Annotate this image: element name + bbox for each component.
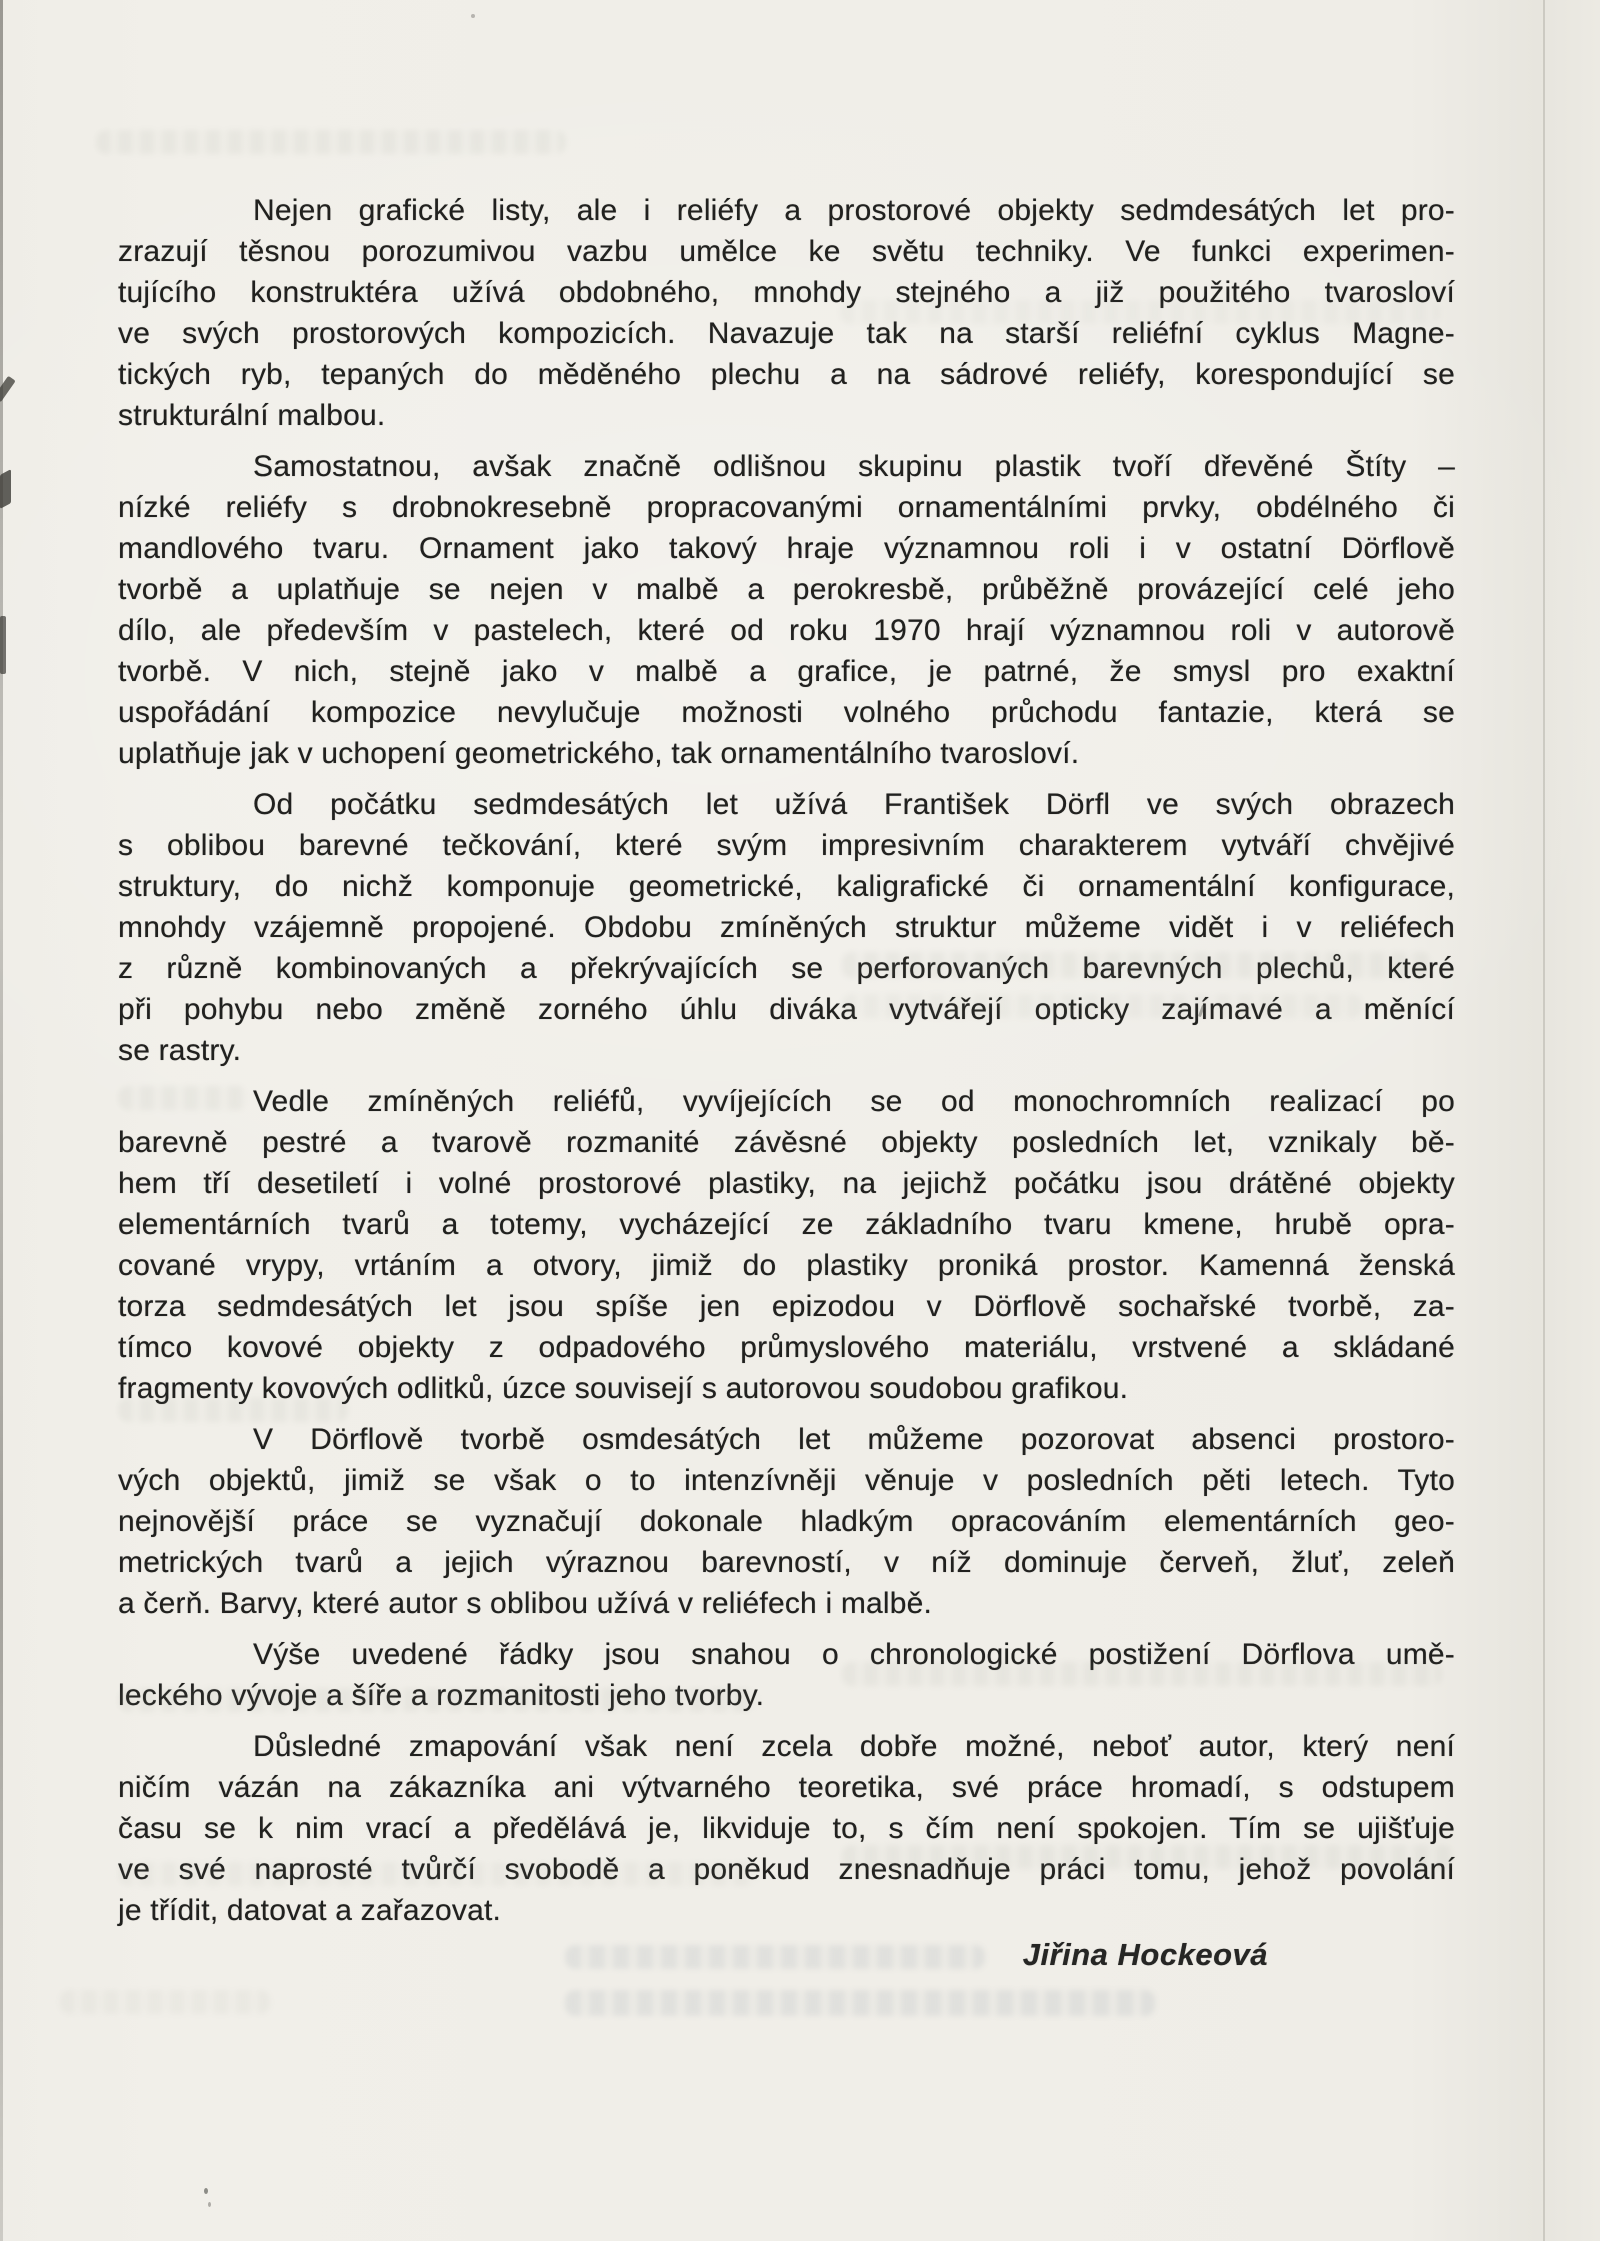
bleed-through-smudge [118, 1688, 758, 1712]
bleed-through-smudge [118, 1086, 248, 1110]
text-line: Nejen grafické listy, ale i reliéfy a pr… [118, 190, 1455, 231]
text-line: je třídit, datovat a zařazovat. [118, 1890, 1455, 1931]
page-right-edge-line [1543, 0, 1545, 2241]
text-line: tvorbě. V nich, stejně jako v malbě a gr… [118, 651, 1455, 692]
text-line: ničím vázán na zákazníka ani výtvarného … [118, 1767, 1455, 1808]
page-left-edge-shadow [0, 0, 3, 2241]
bleed-through-smudge [842, 994, 1362, 1018]
scan-edge-notch [0, 469, 11, 509]
scan-edge-notch [0, 616, 6, 674]
paragraph: Od počátku sedmdesátých let užívá Franti… [118, 784, 1455, 1071]
text-line: mandlového tvaru. Ornament jako takový h… [118, 528, 1455, 569]
bleed-through-smudge [60, 1990, 270, 2014]
bleed-through-smudge [96, 130, 566, 154]
text-line: mnohdy vzájemně propojené. Obdobu zmíněn… [118, 907, 1455, 948]
text-line: uplatňuje jak v uchopení geometrického, … [118, 733, 1455, 774]
text-line: Od počátku sedmdesátých let užívá Franti… [118, 784, 1455, 825]
paragraph: Vedle zmíněných reliéfů, vyvíjejících se… [118, 1081, 1455, 1409]
bleed-through-smudge [840, 300, 1440, 324]
text-line: metrických tvarů a jejich výraznou barev… [118, 1542, 1455, 1583]
text-line: vých objektů, jimiž se však o to intenzí… [118, 1460, 1455, 1501]
text-line: s oblibou barevné tečkování, které svým … [118, 825, 1455, 866]
text-line: Vedle zmíněných reliéfů, vyvíjejících se… [118, 1081, 1455, 1122]
text-line: nejnovější práce se vyznačují dokonale h… [118, 1501, 1455, 1542]
paragraph: Samostatnou, avšak značně odlišnou skupi… [118, 446, 1455, 774]
bleed-through-smudge [842, 1662, 1442, 1686]
text-line: času se k nim vrací a předělává je, likv… [118, 1808, 1455, 1849]
bleed-through-smudge [118, 1398, 348, 1422]
text-line: dílo, ale především v pastelech, které o… [118, 610, 1455, 651]
text-line: nízké reliéfy s drobnokresebně propracov… [118, 487, 1455, 528]
bleed-through-smudge [842, 952, 1432, 978]
scan-speck [204, 2188, 208, 2194]
text-line: barevně pestré a tvarově rozmanité závěs… [118, 1122, 1455, 1163]
text-line: uspořádání kompozice nevylučuje možnosti… [118, 692, 1455, 733]
text-line: zrazují těsnou porozumivou vazbu umělce … [118, 231, 1455, 272]
scanned-page: Nejen grafické listy, ale i reliéfy a pr… [0, 0, 1600, 2241]
text-line: tických ryb, tepaných do měděného plechu… [118, 354, 1455, 395]
bleed-through-smudge [118, 1862, 758, 1886]
bleed-through-smudge [842, 1845, 1454, 1869]
text-line: V Dörflově tvorbě osmdesátých let můžeme… [118, 1419, 1455, 1460]
text-line: strukturální malbou. [118, 395, 1455, 436]
text-line: se rastry. [118, 1030, 1455, 1071]
text-line: torza sedmdesátých let jsou spíše jen ep… [118, 1286, 1455, 1327]
text-line: Důsledné zmapování však není zcela dobře… [118, 1726, 1455, 1767]
text-line: elementárních tvarů a totemy, vycházejíc… [118, 1204, 1455, 1245]
scan-speck [208, 2202, 211, 2207]
bleed-through-smudge [565, 1990, 1155, 2016]
text-line: tímco kovové objekty z odpadového průmys… [118, 1327, 1455, 1368]
bleed-through-smudge [565, 1945, 985, 1969]
text-line: a čerň. Barvy, které autor s oblibou uží… [118, 1583, 1455, 1624]
paragraph: Důsledné zmapování však není zcela dobře… [118, 1726, 1455, 1931]
text-line: cované vrypy, vrtáním a otvory, jimiž do… [118, 1245, 1455, 1286]
text-line: hem tří desetiletí i volné prostorové pl… [118, 1163, 1455, 1204]
paragraph: V Dörflově tvorbě osmdesátých let můžeme… [118, 1419, 1455, 1624]
scan-speck [471, 14, 475, 18]
text-line: tvorbě a uplatňuje se nejen v malbě a pe… [118, 569, 1455, 610]
text-line: Samostatnou, avšak značně odlišnou skupi… [118, 446, 1455, 487]
text-line: struktury, do nichž komponuje geometrick… [118, 866, 1455, 907]
